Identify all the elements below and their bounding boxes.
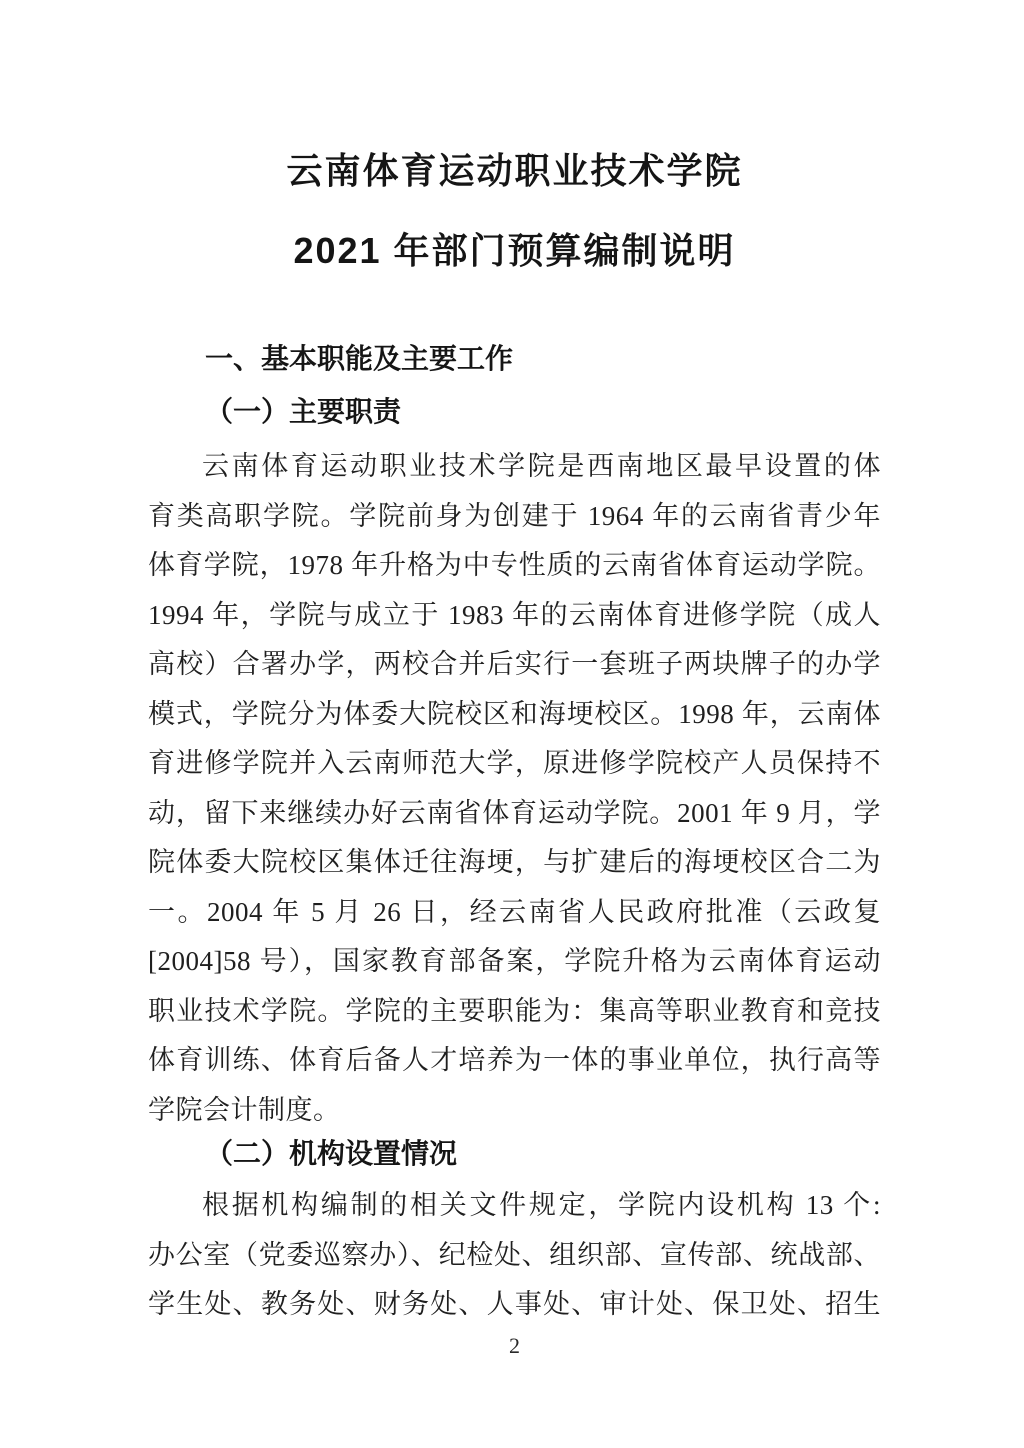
text-line: 学院会计制度。 bbox=[148, 1086, 881, 1136]
text-line: 根据机构编制的相关文件规定，学院内设机构 13 个: bbox=[148, 1181, 881, 1231]
text-line: [2004]58 号），国家教育部备案，学院升格为云南体育运动 bbox=[148, 937, 881, 987]
text-line: 模式，学院分为体委大院校区和海埂校区。1998 年，云南体 bbox=[148, 690, 881, 740]
doc-title-line-2: 2021 年部门预算编制说明 bbox=[148, 228, 881, 274]
paragraph-main-duties: 云南体育运动职业技术学院是西南地区最早设置的体 育类高职学院。学院前身为创建于 … bbox=[148, 442, 881, 1135]
text-line: 体育训练、体育后备人才培养为一体的事业单位，执行高等 bbox=[148, 1036, 881, 1086]
text-line: 云南体育运动职业技术学院是西南地区最早设置的体 bbox=[148, 442, 881, 492]
text-line: 动，留下来继续办好云南省体育运动学院。2001 年 9 月，学 bbox=[148, 789, 881, 839]
text-line: 学生处、教务处、财务处、人事处、审计处、保卫处、招生 bbox=[148, 1280, 881, 1330]
text-line: 一。2004 年 5 月 26 日，经云南省人民政府批准（云政复 bbox=[148, 888, 881, 938]
page-number: 2 bbox=[148, 1333, 881, 1359]
document-page: 云南体育运动职业技术学院 2021 年部门预算编制说明 一、基本职能及主要工作 … bbox=[0, 0, 1024, 1448]
text-line: 育进修学院并入云南师范大学，原进修学院校产人员保持不 bbox=[148, 739, 881, 789]
text-line: 高校）合署办学，两校合并后实行一套班子两块牌子的办学 bbox=[148, 640, 881, 690]
text-line: 办公室（党委巡察办）、纪检处、组织部、宣传部、统战部、 bbox=[148, 1231, 881, 1281]
section-heading-basic-functions: 一、基本职能及主要工作 bbox=[148, 340, 881, 378]
text-line: 院体委大院校区集体迁往海埂，与扩建后的海埂校区合二为 bbox=[148, 838, 881, 888]
subsection-heading-main-duties: （一）主要职责 bbox=[148, 393, 881, 431]
text-line: 职业技术学院。学院的主要职能为：集高等职业教育和竞技 bbox=[148, 987, 881, 1037]
doc-title-line-1: 云南体育运动职业技术学院 bbox=[148, 148, 881, 194]
subsection-heading-org-structure: （二）机构设置情况 bbox=[148, 1135, 881, 1173]
paragraph-org-structure: 根据机构编制的相关文件规定，学院内设机构 13 个: 办公室（党委巡察办）、纪检… bbox=[148, 1181, 881, 1330]
text-line: 育类高职学院。学院前身为创建于 1964 年的云南省青少年 bbox=[148, 492, 881, 542]
text-line: 1994 年，学院与成立于 1983 年的云南体育进修学院（成人 bbox=[148, 591, 881, 641]
text-line: 体育学院，1978 年升格为中专性质的云南省体育运动学院。 bbox=[148, 541, 881, 591]
